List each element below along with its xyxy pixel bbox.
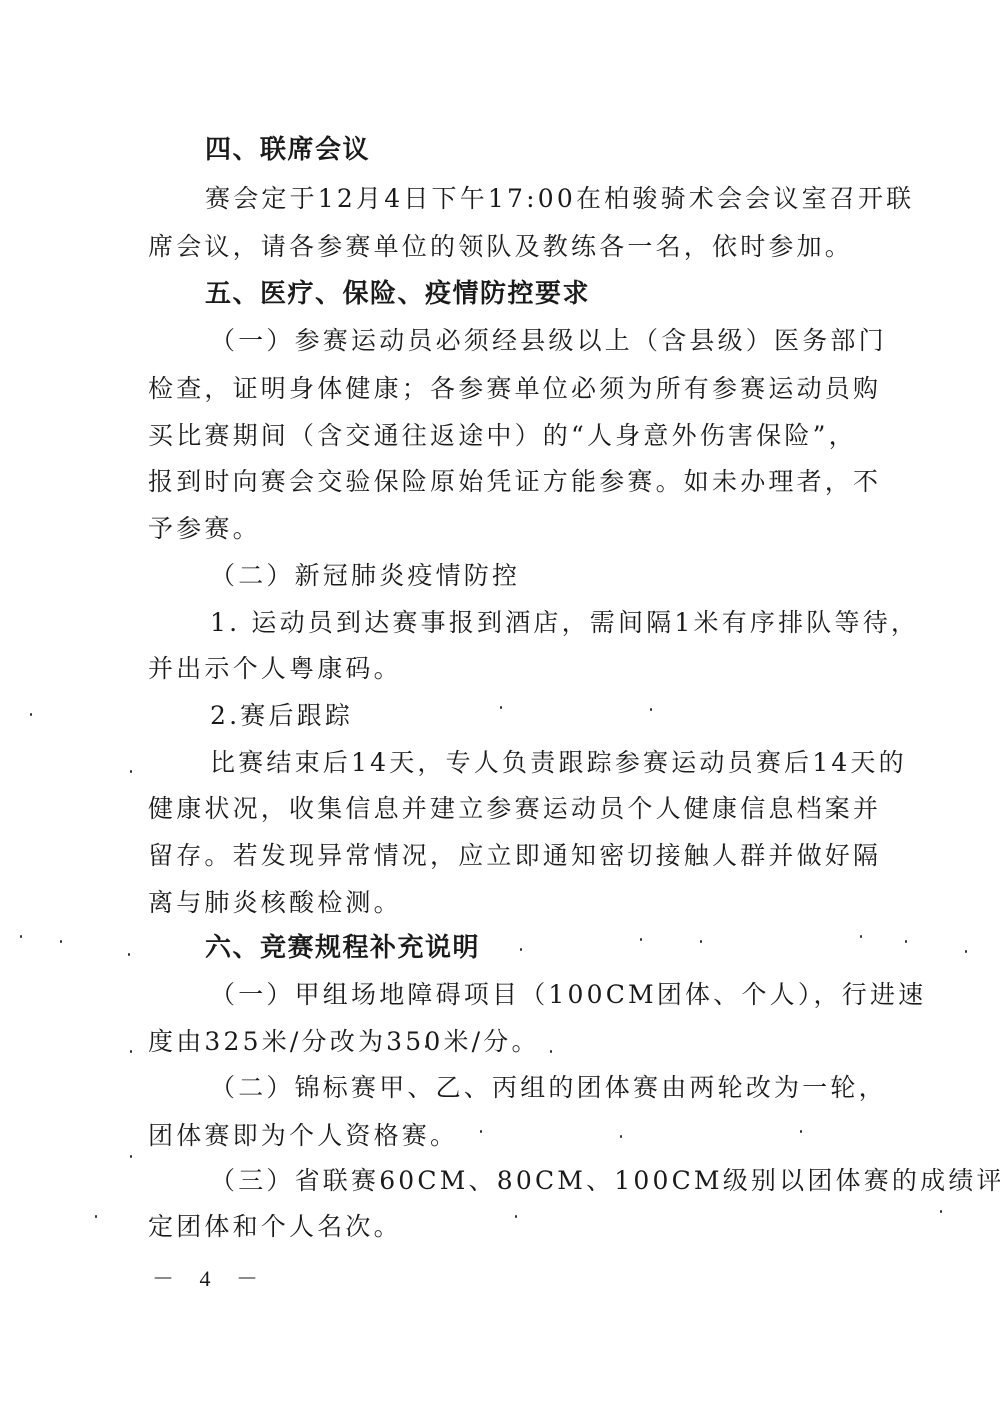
paragraph-line: 席会议，请各参赛单位的领队及教练各一名，依时参加。	[148, 230, 853, 264]
paragraph-line: 比赛结束后14天，专人负责跟踪参赛运动员赛后14天的	[210, 746, 853, 780]
scan-speck	[905, 940, 907, 943]
paragraph-line: 定团体和个人名次。	[148, 1210, 402, 1244]
scan-speck	[620, 1135, 622, 1138]
paragraph-line: 健康状况，收集信息并建立参赛运动员个人健康信息档案并	[148, 792, 853, 826]
scan-speck	[95, 1215, 97, 1218]
paragraph-line: 留存。若发现异常情况，应立即通知密切接触人群并做好隔	[148, 839, 853, 873]
paragraph-line: 离与肺炎核酸检测。	[148, 886, 402, 920]
scan-speck	[130, 1155, 132, 1158]
scan-speck	[130, 1050, 132, 1053]
scan-speck	[940, 1210, 942, 1213]
paragraph-line: （三）省联赛60CM、80CM、100CM级别以团体赛的成绩评	[210, 1164, 853, 1198]
scan-speck	[128, 953, 130, 956]
section-heading-meeting: 四、联席会议	[205, 133, 370, 167]
subsection-title-covid: （二）新冠肺炎疫情防控	[210, 559, 520, 593]
paragraph-line: （二）锦标赛甲、乙、丙组的团体赛由两轮改为一轮，	[210, 1071, 853, 1105]
scan-speck	[550, 1050, 552, 1053]
scan-speck	[800, 1130, 802, 1133]
scan-speck	[345, 705, 347, 708]
document-page: 四、联席会议 赛会定于12月4日下午17:00在柏骏骑术会会议室召开联 席会议，…	[0, 0, 1000, 1409]
paragraph-line: 检查，证明身体健康；各参赛单位必须为所有参赛运动员购	[148, 372, 853, 406]
paragraph-line: （一）参赛运动员必须经县级以上（含县级）医务部门	[210, 324, 853, 358]
paragraph-line: 报到时向赛会交验保险原始凭证方能参赛。如未办理者，不	[148, 465, 853, 499]
scan-speck	[860, 935, 862, 938]
scan-speck	[650, 708, 652, 711]
paragraph-line: 1. 运动员到达赛事报到酒店，需间隔1米有序排队等待，	[210, 606, 853, 640]
page-number: － 4 －	[152, 1262, 268, 1293]
scan-speck	[60, 940, 62, 943]
scan-speck	[480, 1130, 482, 1133]
item-title-tracking: 2.赛后跟踪	[210, 699, 353, 733]
paragraph-line: 并出示个人粤康码。	[148, 652, 402, 686]
paragraph-line: （一）甲组场地障碍项目（100CM团体、个人），行进速	[210, 978, 853, 1012]
paragraph-line: 予参赛。	[148, 512, 261, 546]
section-heading-medical: 五、医疗、保险、疫情防控要求	[205, 277, 590, 311]
paragraph-line: 度由325米/分改为350米/分。	[148, 1025, 540, 1059]
scan-speck	[700, 940, 702, 943]
scan-speck	[30, 713, 32, 716]
paragraph-line: 团体赛即为个人资格赛。	[148, 1119, 458, 1153]
scan-speck	[20, 935, 22, 938]
paragraph-line: 买比赛期间（含交通往返途中）的“人身意外伤害保险”，	[148, 419, 853, 453]
scan-speck	[130, 770, 132, 773]
paragraph-line: 赛会定于12月4日下午17:00在柏骏骑术会会议室召开联	[205, 182, 855, 216]
scan-speck	[500, 706, 502, 709]
scan-speck	[640, 938, 642, 941]
scan-speck	[520, 948, 522, 951]
scan-speck	[965, 950, 967, 953]
scan-speck	[515, 1215, 517, 1218]
scan-speck	[425, 1045, 427, 1048]
section-heading-rules: 六、竞赛规程补充说明	[205, 931, 480, 965]
